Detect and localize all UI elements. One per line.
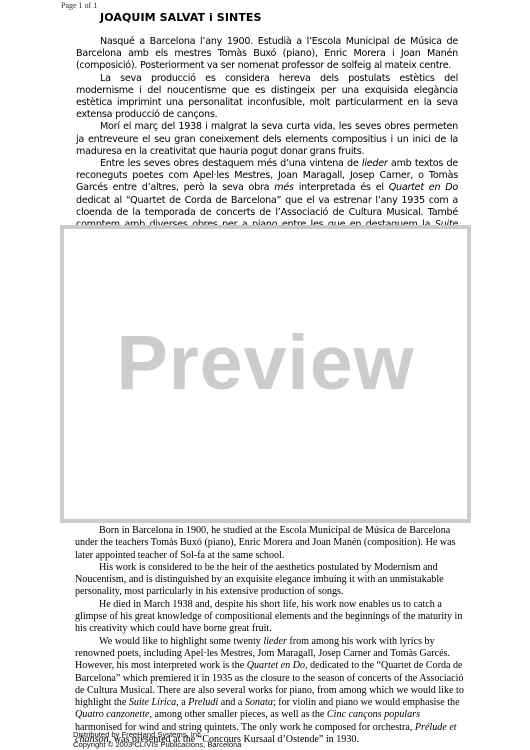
text-run: and a: [218, 697, 245, 708]
catalan-paragraph-1: Nasqué a Barcelona l’any 1900. Estudià a…: [76, 36, 458, 73]
english-paragraph-3: He died in March 1938 and, despite his s…: [75, 599, 468, 636]
page-number-label: Page 1 of 1: [61, 1, 97, 10]
text-run: Entre les seves obres destaquem més d’un…: [100, 158, 362, 169]
text-run: interpretada és el: [294, 182, 389, 193]
emphasis: més: [274, 182, 294, 193]
work-title: Quartet en Do: [247, 660, 305, 671]
text-run: , among other smaller pieces, as well as…: [149, 709, 326, 720]
distributor-line: Distributed by FreeHand Systems, Inc: [73, 730, 242, 740]
work-title: Preludi: [188, 697, 218, 708]
text-run: , a: [176, 697, 188, 708]
work-title: lieder: [362, 158, 388, 169]
catalan-paragraph-2: La seva producció es considera hereva de…: [76, 73, 458, 122]
work-title: Quartet en Do: [389, 182, 458, 193]
work-title: Suite Lírica: [129, 697, 176, 708]
copyright-line: Copyright © 2003 CLIVIS Publicacions, Ba…: [73, 740, 242, 750]
document-title: JOAQUIM SALVAT i SINTES: [100, 11, 262, 24]
text-run: We would like to highlight some twenty: [99, 636, 263, 647]
text-run: ; for violin and piano we would emphasis…: [273, 697, 460, 708]
preview-watermark-text: Preview: [64, 323, 467, 403]
footer: Distributed by FreeHand Systems, Inc Cop…: [73, 730, 242, 749]
catalan-paragraph-3: Morí el març del 1938 i malgrat la seva …: [76, 121, 458, 158]
work-title: lieder: [263, 636, 287, 647]
english-biography: Born in Barcelona in 1900, he studied at…: [75, 525, 468, 746]
work-title: Sonata: [245, 697, 273, 708]
work-title: Quatro canzonette: [75, 709, 149, 720]
work-title: Cinc cançons populars: [327, 709, 420, 720]
english-paragraph-2: His work is considered to be the heir of…: [75, 562, 468, 599]
english-paragraph-1: Born in Barcelona in 1900, he studied at…: [75, 525, 468, 562]
preview-watermark-overlay: Preview: [60, 225, 471, 523]
